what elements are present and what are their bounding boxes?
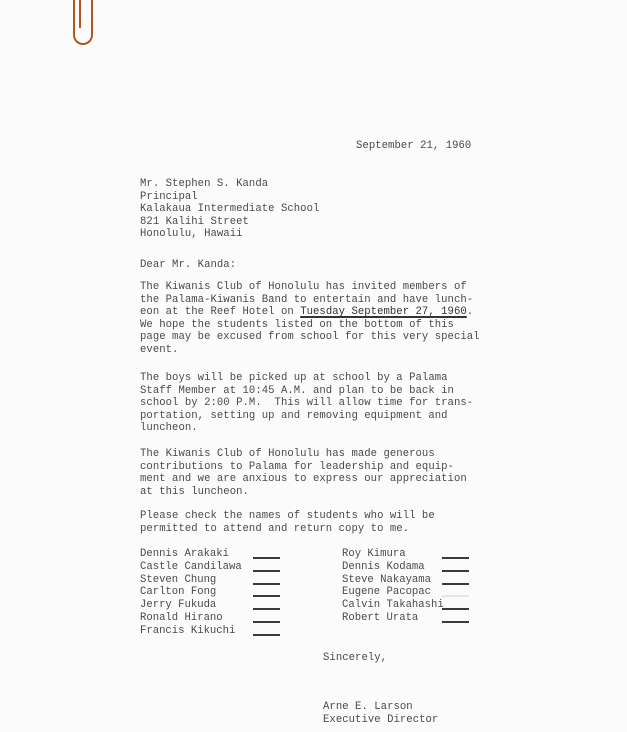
recipient-city: Honolulu, Hawaii [140,228,243,240]
check-blank[interactable] [253,595,280,597]
student-row: Castle Candilawa [140,561,242,574]
check-blank[interactable] [442,570,469,572]
p1-line: the Palama-Kiwanis Band to entertain and… [140,294,473,306]
student-list-left: Dennis Arakaki Castle Candilawa Steven C… [140,548,242,638]
check-blank[interactable] [442,621,469,623]
student-row: Francis Kikuchi [140,625,242,638]
student-name: Castle Candilawa [140,561,242,573]
p2-line: school by 2:00 P.M. This will allow time… [140,397,473,409]
check-blank[interactable] [253,621,280,623]
check-blank[interactable] [442,557,469,559]
p2-line: Staff Member at 10:45 A.M. and plan to b… [140,385,454,397]
p1-line: We hope the students listed on the botto… [140,319,454,331]
student-row: Jerry Fukuda [140,599,242,612]
check-blank[interactable] [253,557,280,559]
salutation: Dear Mr. Kanda: [140,259,236,272]
letter-page: September 21, 1960 Mr. Stephen S. Kanda … [0,0,627,732]
student-name: Robert Urata [342,612,418,624]
paragraph-invitation: The Kiwanis Club of Honolulu has invited… [140,281,480,356]
p1-line: eon at the Reef Hotel on [140,306,300,318]
p3-line: at this luncheon. [140,486,249,498]
check-blank[interactable] [253,608,280,610]
p3-line: The Kiwanis Club of Honolulu has made ge… [140,448,435,460]
student-name: Roy Kimura [342,548,406,560]
p4-line: Please check the names of students who w… [140,510,435,522]
p3-line: ment and we are anxious to express our a… [140,473,467,485]
check-blank[interactable] [253,570,280,572]
student-name: Dennis Kodama [342,561,425,573]
student-row: Ronald Hirano [140,612,242,625]
student-name: Jerry Fukuda [140,599,216,611]
student-name: Steve Nakayama [342,574,431,586]
paragraph-instructions: Please check the names of students who w… [140,510,435,535]
p1-line: The Kiwanis Club of Honolulu has invited… [140,281,467,293]
paragraph-appreciation: The Kiwanis Club of Honolulu has made ge… [140,448,467,498]
p3-line: contributions to Palama for leadership a… [140,461,454,473]
student-name: Dennis Arakaki [140,548,229,560]
recipient-street: 821 Kalihi Street [140,216,249,228]
paragraph-schedule: The boys will be picked up at school by … [140,372,473,435]
student-name: Carlton Fong [140,586,216,598]
recipient-name: Mr. Stephen S. Kanda [140,178,268,190]
signer-title: Executive Director [323,714,438,726]
student-row: Robert Urata [342,612,444,625]
student-row: Dennis Arakaki [140,548,242,561]
p1-line: event. [140,344,178,356]
student-name: Steven Chung [140,574,216,586]
recipient-address: Mr. Stephen S. Kanda Principal Kalakaua … [140,178,319,241]
signature-block: Arne E. Larson Executive Director [323,701,438,726]
p1-punct: . [467,306,473,318]
student-row: Roy Kimura [342,548,444,561]
check-blank[interactable] [442,583,469,585]
student-row: Carlton Fong [140,586,242,599]
p2-line: The boys will be picked up at school by … [140,372,448,384]
student-row: Eugene Pacopac [342,586,444,599]
event-date-underlined: Tuesday September 27, 1960 [300,306,467,318]
student-name: Calvin Takahashi [342,599,444,611]
p2-line: luncheon. [140,422,198,434]
letter-date: September 21, 1960 [356,140,471,153]
student-row: Calvin Takahashi [342,599,444,612]
check-blank[interactable] [253,583,280,585]
check-blank[interactable] [253,634,280,636]
paperclip-inner-wire [79,0,91,28]
recipient-school: Kalakaua Intermediate School [140,203,319,215]
check-blank[interactable] [442,608,469,610]
student-name: Ronald Hirano [140,612,223,624]
check-blank[interactable] [442,595,469,597]
p2-line: portation, setting up and removing equip… [140,410,448,422]
student-row: Steven Chung [140,574,242,587]
p4-line: permitted to attend and return copy to m… [140,523,409,535]
recipient-title: Principal [140,191,198,203]
signer-name: Arne E. Larson [323,701,413,713]
student-name: Eugene Pacopac [342,586,431,598]
student-row: Steve Nakayama [342,574,444,587]
student-name: Francis Kikuchi [140,625,235,637]
student-row: Dennis Kodama [342,561,444,574]
closing: Sincerely, [323,652,387,665]
student-list-right: Roy Kimura Dennis Kodama Steve Nakayama … [342,548,444,625]
p1-line: page may be excused from school for this… [140,331,480,343]
